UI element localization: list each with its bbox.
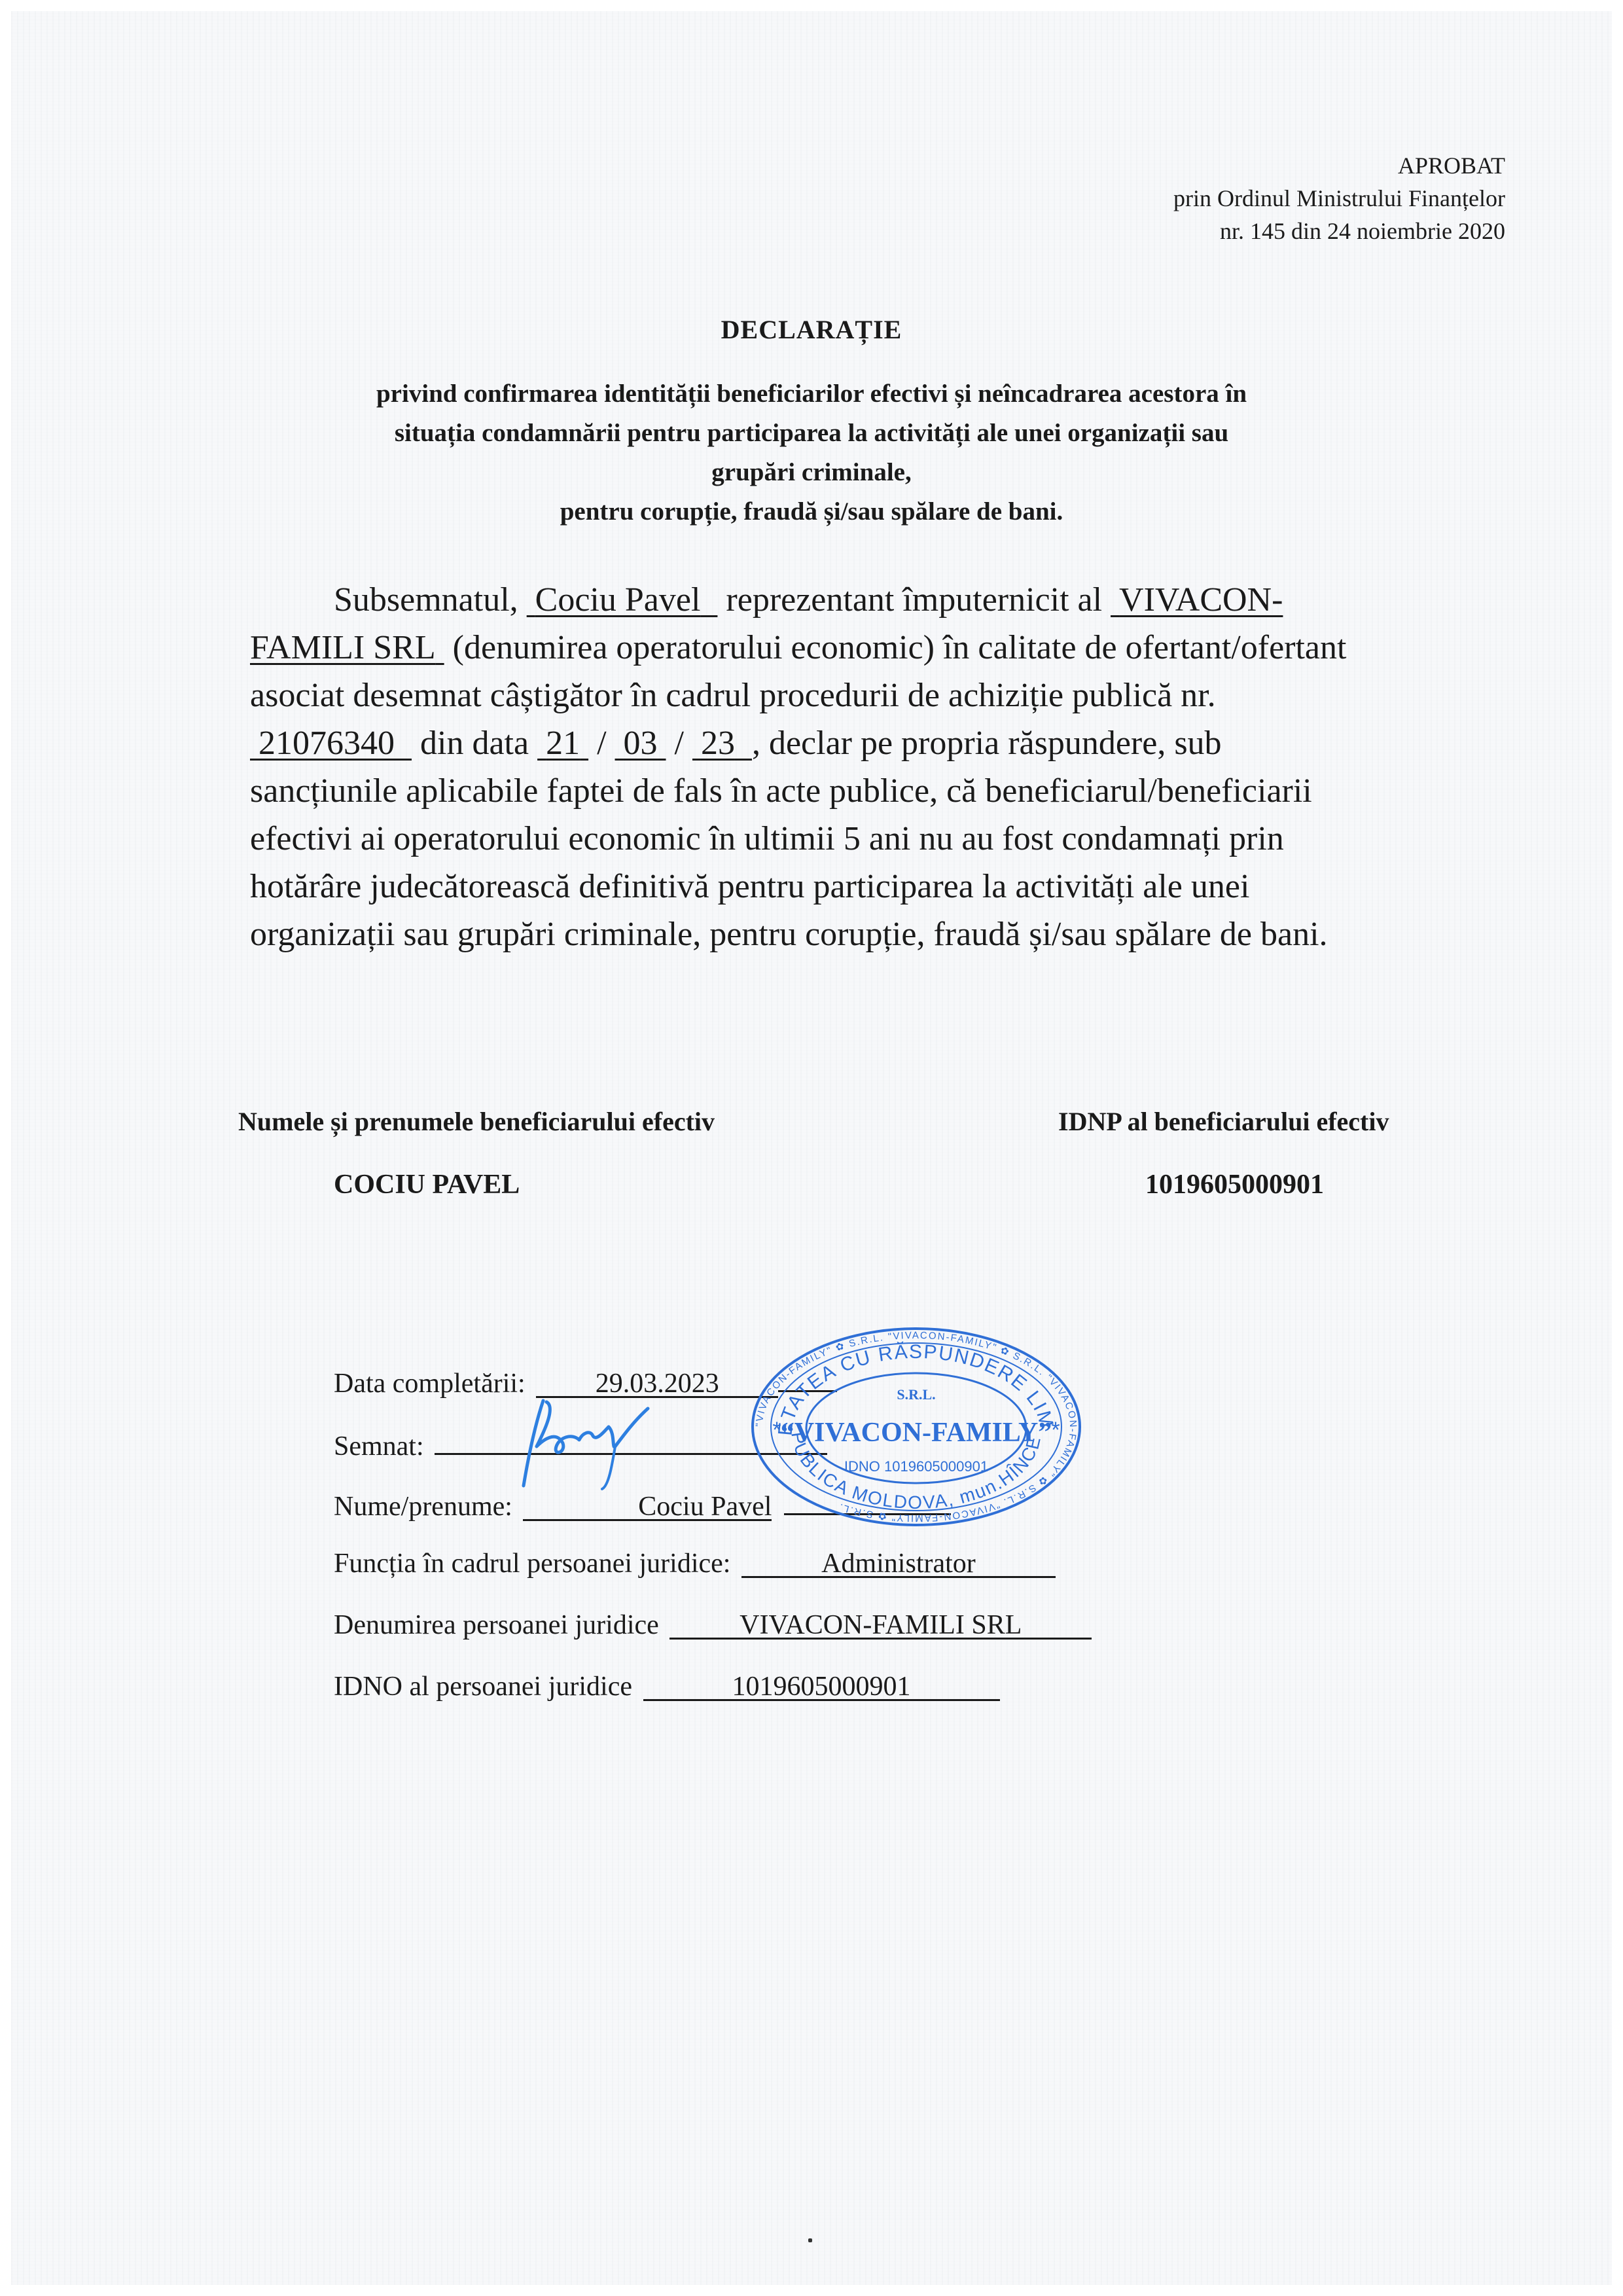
name-label: Nume/prenume: — [334, 1492, 512, 1522]
beneficiary-name-value: COCIU PAVEL — [334, 1169, 520, 1200]
body-line-2: FAMILI SRL (denumirea operatorului econo… — [250, 628, 1346, 668]
company-stamp: "VIVACON-FAMILY" ✿ S.R.L. "VIVACON-FAMIL… — [743, 1322, 1090, 1532]
approval-block: APROBAT prin Ordinul Ministrului Finanțe… — [1173, 149, 1505, 247]
stamp-star-left-icon: * — [772, 1418, 781, 1443]
body-line-7: hotărâre judecătorească definitivă pentr… — [250, 867, 1249, 906]
entity-label: Denumirea persoanei juridice — [334, 1610, 659, 1640]
signatory-name-field: Cociu Pavel — [527, 581, 718, 619]
subtitle-line: pentru corupție, fraudă și/sau spălare d… — [0, 492, 1623, 531]
approval-title: APROBAT — [1173, 149, 1505, 182]
document-title: DECLARAȚIE — [0, 314, 1623, 345]
declare-text: , declar pe propria răspundere, sub — [752, 725, 1222, 762]
intro-text: Subsemnatul, — [334, 581, 518, 619]
entity-field: VIVACON-FAMILI SRL — [669, 1609, 1092, 1640]
entity-row: Denumirea persoanei juridice VIVACON-FAM… — [334, 1609, 1092, 1641]
completion-date-label: Data completării: — [334, 1369, 526, 1399]
handwritten-signature — [517, 1394, 668, 1492]
scan-speck — [808, 2238, 812, 2242]
beneficiary-idnp-value: 1019605000901 — [1145, 1169, 1324, 1200]
company-name-field: VIVACON- — [1111, 581, 1283, 619]
procedure-number-field: 21076340 — [250, 725, 412, 762]
date-day: 21 — [546, 725, 580, 762]
subtitle-line: situația condamnării pentru participarea… — [0, 414, 1623, 453]
operator-text: (denumirea operatorului economic) în cal… — [453, 629, 1347, 666]
date-year: 23 — [701, 725, 735, 762]
representative-text: reprezentant împuternicit al — [726, 581, 1102, 619]
subtitle-line: grupări criminale, — [0, 453, 1623, 492]
body-line-4: 21076340 din data 21 / 03 / 23 , declar … — [250, 724, 1222, 763]
function-row: Funcția în cadrul persoanei juridice: Ad… — [334, 1547, 1056, 1580]
stamp-company-name: “VIVACON-FAMILY” — [781, 1418, 1052, 1448]
company-name-field-cont: FAMILI SRL — [250, 629, 444, 666]
body-line-8: organizații sau grupări criminale, pentr… — [250, 915, 1328, 954]
procedure-number: 21076340 — [259, 725, 395, 762]
idno-field: 1019605000901 — [643, 1670, 1000, 1701]
entity-value: VIVACON-FAMILI SRL — [740, 1610, 1022, 1640]
function-value: Administrator — [821, 1549, 976, 1579]
date-month: 03 — [624, 725, 658, 762]
signed-label: Semnat: — [334, 1431, 424, 1462]
approval-order: prin Ordinul Ministrului Finanțelor — [1173, 182, 1505, 215]
date-month-field: 03 — [615, 725, 666, 762]
date-year-field: 23 — [692, 725, 752, 762]
function-label: Funcția în cadrul persoanei juridice: — [334, 1549, 730, 1579]
body-line-1: Subsemnatul, Cociu Pavel reprezentant îm… — [334, 581, 1283, 620]
function-field: Administrator — [741, 1547, 1056, 1578]
body-line-5: sancțiunile aplicabile faptei de fals în… — [250, 772, 1312, 811]
idno-label: IDNO al persoanei juridice — [334, 1672, 632, 1702]
company-name-part1: VIVACON- — [1119, 581, 1283, 619]
body-line-3: asociat desemnat câștigător în cadrul pr… — [250, 676, 1216, 715]
stamp-type: S.R.L. — [897, 1386, 935, 1403]
document-subtitle: privind confirmarea identității benefici… — [0, 374, 1623, 531]
idno-value: 1019605000901 — [732, 1672, 911, 1702]
idno-row: IDNO al persoanei juridice 1019605000901 — [334, 1670, 1000, 1703]
signatory-name: Cociu Pavel — [535, 581, 701, 619]
beneficiary-name-header: Numele și prenumele beneficiarului efect… — [238, 1106, 715, 1137]
beneficiary-idnp-header: IDNP al beneficiarului efectiv — [1058, 1106, 1389, 1137]
company-name-part2: FAMILI SRL — [250, 629, 436, 666]
body-line-6: efectivi ai operatorului economic în ult… — [250, 819, 1284, 859]
completion-date-field: 29.03.2023 — [536, 1367, 778, 1398]
date-day-field: 21 — [537, 725, 588, 762]
approval-order-number: nr. 145 din 24 noiembrie 2020 — [1173, 215, 1505, 247]
date-label: din data — [420, 725, 529, 762]
document-page — [11, 11, 1612, 2285]
subtitle-line: privind confirmarea identității benefici… — [0, 374, 1623, 414]
stamp-idno: IDNO 1019605000901 — [844, 1458, 988, 1475]
name-field: Cociu Pavel — [523, 1490, 772, 1521]
stamp-star-right-icon: * — [1051, 1418, 1060, 1443]
